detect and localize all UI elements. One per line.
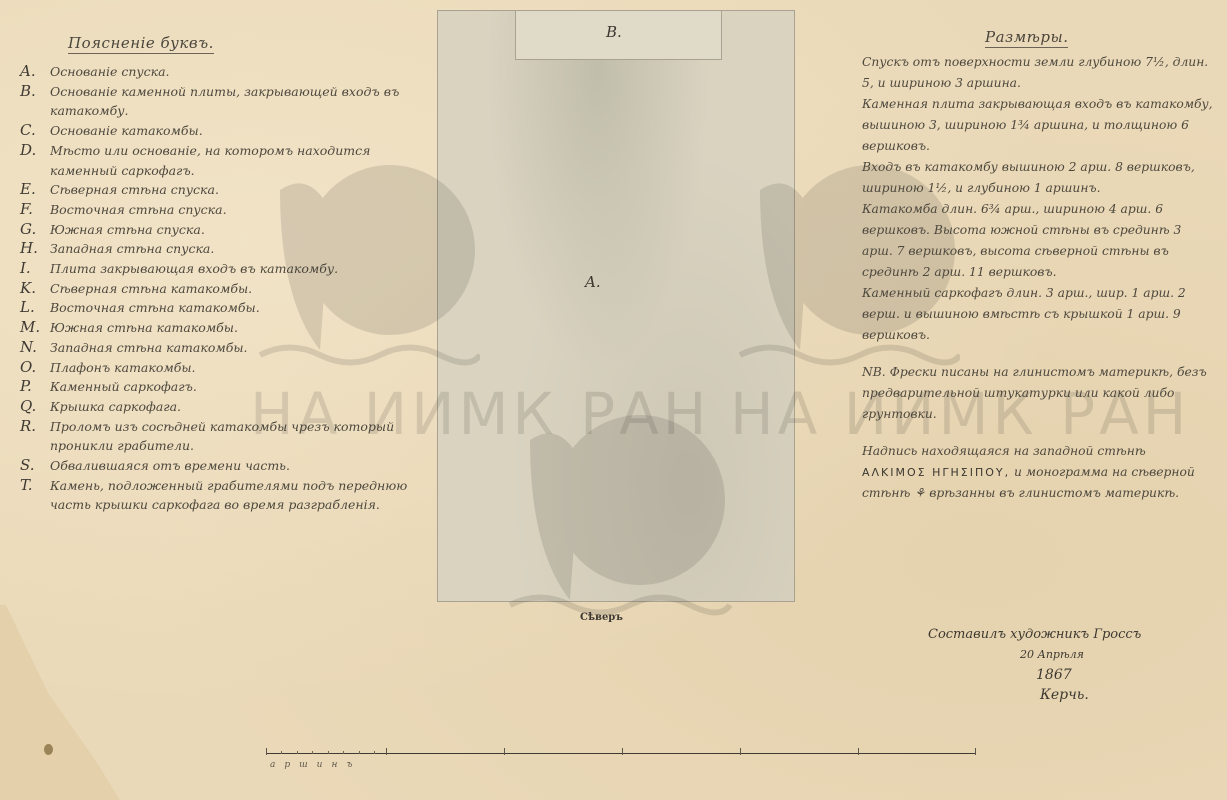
- legend-letter: H.: [20, 239, 50, 259]
- legend-text: Южная стѣна катакомбы.: [50, 318, 420, 338]
- legend-item: A.Основаніе спуска.: [20, 62, 420, 82]
- legend-letter: M.: [20, 318, 50, 338]
- dimensions-text: Спускъ отъ поверхности земли глубиною 7½…: [862, 52, 1214, 504]
- legend-item: D.Мѣсто или основаніе, на которомъ наход…: [20, 141, 420, 180]
- legend-text: Основаніе спуска.: [50, 62, 420, 82]
- legend-text: Западная стѣна спуска.: [50, 239, 420, 259]
- legend-item: P.Каменный саркофагъ.: [20, 377, 420, 397]
- signature-place: Керчь.: [1040, 685, 1178, 705]
- legend-text: Южная стѣна спуска.: [50, 220, 420, 240]
- signature-year: 1867: [1036, 665, 1178, 685]
- legend-text: Плита закрывающая входъ въ катакомбу.: [50, 259, 420, 279]
- signature-author: Составилъ художникъ Гроссъ: [928, 625, 1178, 645]
- legend-item: E.Сѣверная стѣна спуска.: [20, 180, 420, 200]
- legend-item: B.Основаніе каменной плиты, закрывающей …: [20, 82, 420, 121]
- legend-item: O.Плафонъ катакомбы.: [20, 358, 420, 378]
- ink-stain: [44, 744, 53, 755]
- legend-item: K.Сѣверная стѣна катакомбы.: [20, 279, 420, 299]
- legend-item: Q.Крышка саркофага.: [20, 397, 420, 417]
- legend-text: Крышка саркофага.: [50, 397, 420, 417]
- legend-text: Сѣверная стѣна спуска.: [50, 180, 420, 200]
- legend-text: Каменный саркофагъ.: [50, 377, 420, 397]
- dimension-paragraph: Входъ въ катакомбу вышиною 2 арш. 8 верш…: [862, 157, 1214, 199]
- legend-letter: R.: [20, 417, 50, 456]
- legend-item: M.Южная стѣна катакомбы.: [20, 318, 420, 338]
- legend-letter: K.: [20, 279, 50, 299]
- inscription-intro: Надпись находящаяся на западной стѣнѣ: [862, 444, 1146, 458]
- legend-item: H.Западная стѣна спуска.: [20, 239, 420, 259]
- dimensions-title: Размѣры.: [985, 28, 1068, 48]
- legend-item: C.Основаніе катакомбы.: [20, 121, 420, 141]
- legend-text: Западная стѣна катакомбы.: [50, 338, 420, 358]
- legend-item: R.Проломъ изъ сосѣдней катакомбы чрезъ к…: [20, 417, 420, 456]
- legend-item: F.Восточная стѣна спуска.: [20, 200, 420, 220]
- legend-text: Плафонъ катакомбы.: [50, 358, 420, 378]
- legend-item: I.Плита закрывающая входъ въ катакомбу.: [20, 259, 420, 279]
- legend-letter: Q.: [20, 397, 50, 417]
- legend-text: Мѣсто или основаніе, на которомъ находит…: [50, 141, 420, 180]
- legend-item: L.Восточная стѣна катакомбы.: [20, 298, 420, 318]
- stone-slab-region: B.: [515, 11, 722, 60]
- inscription-note: Надпись находящаяся на западной стѣнѣ ΑΛ…: [862, 441, 1214, 504]
- legend-letter: F.: [20, 200, 50, 220]
- dimension-paragraph: Каменная плита закрывающая входъ въ ката…: [862, 94, 1214, 157]
- legend-letter: O.: [20, 358, 50, 378]
- signature-date: 20 Апрѣля: [1020, 645, 1178, 665]
- legend-text: Камень, подложенный грабителями подъ пер…: [50, 476, 420, 515]
- signature-block: Составилъ художникъ Гроссъ 20 Апрѣля 186…: [928, 625, 1178, 705]
- legend-text: Восточная стѣна катакомбы.: [50, 298, 420, 318]
- legend-letter: E.: [20, 180, 50, 200]
- dimension-paragraph: Катакомба длин. 6¾ арш., шириною 4 арш. …: [862, 199, 1214, 283]
- legend-text: Основаніе каменной плиты, закрывающей вх…: [50, 82, 420, 121]
- legend-text: Основаніе катакомбы.: [50, 121, 420, 141]
- legend-letter: B.: [20, 82, 50, 121]
- legend-title: Поясненіе буквъ.: [68, 34, 214, 54]
- legend-letter: I.: [20, 259, 50, 279]
- legend-letter: P.: [20, 377, 50, 397]
- catacomb-plan-drawing: B. A.: [437, 10, 795, 602]
- legend-letter: L.: [20, 298, 50, 318]
- north-label: Сѣверъ: [580, 612, 623, 623]
- legend-text: Сѣверная стѣна катакомбы.: [50, 279, 420, 299]
- legend-letter: D.: [20, 141, 50, 180]
- legend-letter: A.: [20, 62, 50, 82]
- legend-letter: G.: [20, 220, 50, 240]
- descent-label: A.: [585, 273, 601, 291]
- dimension-paragraph: Спускъ отъ поверхности земли глубиною 7½…: [862, 52, 1214, 94]
- scale-label: аршинъ: [270, 760, 361, 770]
- legend-list: A.Основаніе спуска.B.Основаніе каменной …: [20, 62, 420, 515]
- legend-letter: S.: [20, 456, 50, 476]
- slab-label: B.: [606, 23, 622, 41]
- fresco-note: NB. Фрески писаны на глинистомъ материкѣ…: [862, 362, 1214, 425]
- legend-item: G.Южная стѣна спуска.: [20, 220, 420, 240]
- dimension-paragraph: Каменный саркофагъ длин. 3 арш., шир. 1 …: [862, 283, 1214, 346]
- legend-letter: T.: [20, 476, 50, 515]
- legend-item: S.Обвалившаяся отъ времени часть.: [20, 456, 420, 476]
- scale-bar: [266, 748, 976, 756]
- legend-item: T.Камень, подложенный грабителями подъ п…: [20, 476, 420, 515]
- legend-letter: N.: [20, 338, 50, 358]
- legend-text: Обвалившаяся отъ времени часть.: [50, 456, 420, 476]
- legend-text: Восточная стѣна спуска.: [50, 200, 420, 220]
- legend-item: N.Западная стѣна катакомбы.: [20, 338, 420, 358]
- legend-letter: C.: [20, 121, 50, 141]
- greek-inscription: ΑΛΚΙΜΟΣ ΗΓΗΣΙΠΟΥ,: [862, 466, 1010, 479]
- legend-text: Проломъ изъ сосѣдней катакомбы чрезъ кот…: [50, 417, 420, 456]
